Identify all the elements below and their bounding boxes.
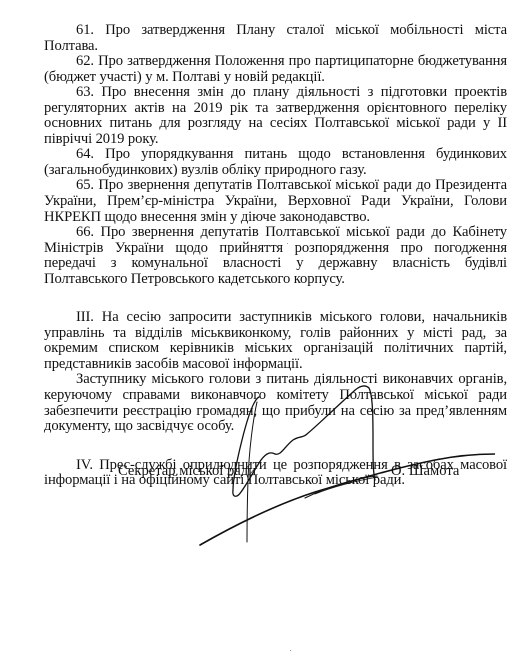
agenda-item-66: 66. Про звернення депутатів Полтавської … — [44, 225, 507, 287]
agenda-item-64: 64. Про упорядкування питань щодо встано… — [44, 147, 507, 178]
agenda-item-63: 63. Про внесення змін до плану діяльност… — [44, 85, 507, 147]
section-iii-registration: Заступнику міського голови з питань діял… — [44, 372, 507, 434]
signatory-title: Секретар міської ради — [118, 462, 256, 480]
section-iii-invitation: ІІІ. На сесію запросити заступників місь… — [44, 310, 507, 372]
signatory-name: О. Шамота — [391, 462, 459, 480]
scan-speck — [290, 650, 291, 651]
document-body: 61. Про затвердження Плану сталої місько… — [44, 23, 507, 489]
scan-speck — [287, 243, 288, 244]
section-gap — [44, 435, 507, 458]
agenda-item-62: 62. Про затвердження Положення про парти… — [44, 54, 507, 85]
section-gap — [44, 287, 507, 310]
agenda-item-61: 61. Про затвердження Плану сталої місько… — [44, 23, 507, 54]
agenda-item-65: 65. Про звернення депутатів Полтавської … — [44, 178, 507, 225]
signature-block: Секретар міської ради О. Шамота — [0, 462, 531, 480]
